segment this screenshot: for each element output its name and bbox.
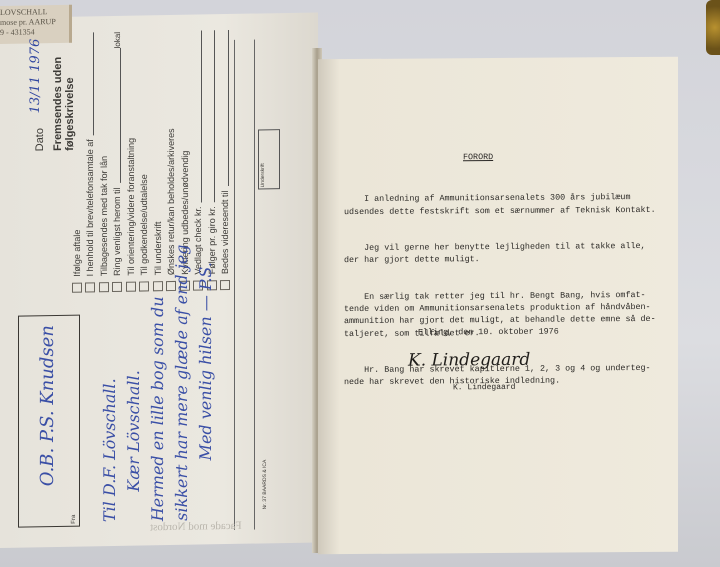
sender-label: Fra: [71, 515, 77, 524]
bleed-through-text: Facade mod Nordost: [150, 520, 242, 534]
handwritten-signature: K. Lindegaard: [408, 350, 530, 371]
foreword-body: I anledning af Ammunitionsarsenalets 300…: [344, 167, 664, 413]
checkbox-item[interactable]: Ifølge aftale: [70, 33, 84, 293]
sender-handwritten: O.B. P.S. Knudsen: [37, 325, 58, 486]
signature-box: Underskrift: [258, 129, 280, 189]
sender-box: Fra O.B. P.S. Knudsen: [18, 315, 80, 528]
ruled-line: [254, 40, 255, 530]
printer-note: Nr. 37 BAARDS & ICA: [262, 460, 268, 510]
handwritten-line: Til D.F. Lövschall.: [100, 222, 124, 522]
checkbox[interactable]: [85, 282, 95, 292]
date-handwritten: 13/11 1976: [28, 39, 43, 114]
paragraph: Jeg vil gerne her benytte lejligheden ti…: [344, 240, 664, 267]
checkbox[interactable]: [220, 280, 230, 290]
handwritten-line: Hermed en lille bog som du: [148, 221, 172, 521]
routing-slip-form: Dato 13/11 1976 Fremsendes uden følgeskr…: [12, 19, 297, 534]
right-page: FORORD I anledning af Ammunitionsarsenal…: [318, 57, 678, 555]
page-heading: FORORD: [463, 152, 493, 162]
left-page: LOVSCHALL mose pr. AARUP 9 - 431354 Dato…: [0, 12, 318, 548]
signer-name: K. Lindegaard: [453, 383, 515, 392]
date-label: Dato: [34, 128, 46, 151]
open-book: LOVSCHALL mose pr. AARUP 9 - 431354 Dato…: [0, 18, 680, 553]
brass-object: [706, 0, 720, 55]
paragraph: I anledning af Ammunitionsarsenalets 300…: [344, 191, 664, 218]
checkbox-item[interactable]: I henhold til brev/telefonsamtale af: [84, 32, 98, 292]
place-date: Elling, den 10. oktober 1976: [418, 327, 559, 338]
handwritten-line: Med venlig hilsen — P.S.: [196, 220, 220, 520]
handwritten-line: sikkert har mere glæde af end jeg: [172, 221, 196, 521]
checkbox[interactable]: [72, 283, 82, 293]
handwritten-message: Til D.F. Lövschall. Kær Lövschall. Herme…: [100, 220, 220, 522]
checkbox-item[interactable]: Bedes videresendt til: [219, 30, 233, 290]
ruled-line: [234, 40, 235, 530]
handwritten-line: Kær Lövschall.: [124, 221, 148, 521]
